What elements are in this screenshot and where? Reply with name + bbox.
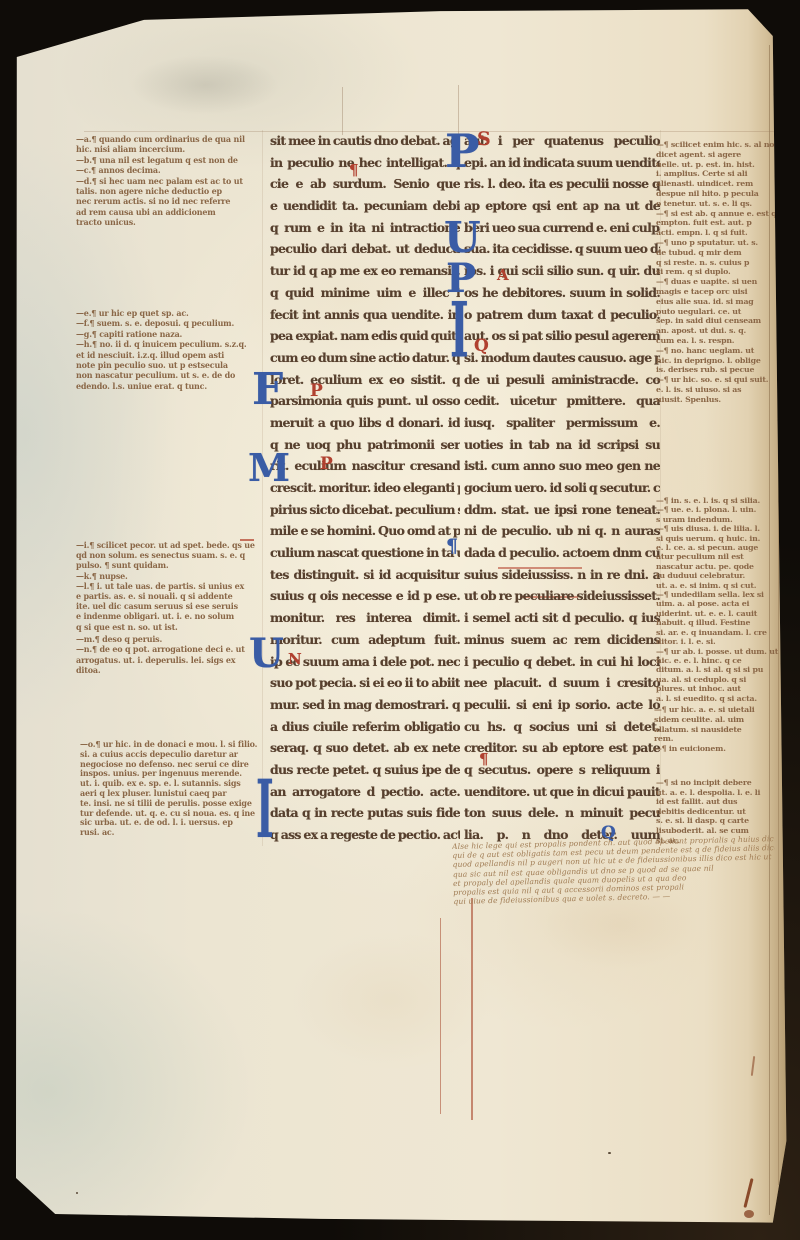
text-line: habuit. q illud. Festine — [656, 618, 774, 627]
text-line: qd non solum. es senectus suam. s. e. q — [76, 550, 246, 560]
text-line: tu duduui celebratur. — [656, 571, 774, 580]
text-line: pea expiat. nam edis quid quite — [270, 325, 460, 347]
text-line: loret. eculium ex eo sistit. q — [270, 369, 460, 391]
illuminated-initial-blue: I — [256, 770, 274, 850]
text-line: q ne uoq phu patrimonii ser — [270, 434, 460, 456]
text-line: seraq. q suo detet. ab ex nete — [270, 737, 460, 759]
text-line: uiderint. ut. e. e. l. cauit — [656, 609, 774, 618]
illuminated-initial-red: P — [320, 456, 333, 473]
text-line: —l.¶ i. ut tale uas. de partis. si unius… — [76, 581, 246, 591]
illuminated-initial-blue: U — [249, 634, 284, 674]
text-line: moritur. cum adeptum fuit. — [270, 629, 460, 651]
text-line: in peculio ne hec intelligat. q — [270, 152, 460, 174]
text-line: cum eo dum sine actio datur. q — [270, 347, 460, 369]
manuscript-photo: —a.¶ quando cum ordinarius de qua nilhic… — [0, 0, 800, 1240]
text-line: tur id q ap me ex eo remansit. — [270, 260, 460, 282]
text-line: sua. ita cecidisse. q suum ueo dans — [464, 238, 660, 260]
text-line: pirius sicto dicebat. peculium si — [270, 499, 460, 521]
stain — [290, 930, 490, 1070]
text-line: aul. i per quatenus peculio — [464, 130, 660, 152]
text-line: —m.¶ deso q peruis. — [76, 634, 246, 644]
text-line: minus suem ac rem dicidens — [464, 629, 660, 651]
text-line: nee placuit. d suum i cresito — [464, 672, 660, 694]
text-line: dicet agent. si agere — [656, 150, 774, 160]
text-line: puto uegulari. ce. ut — [656, 307, 774, 317]
margin-gloss-right-2: —¶ in. s. e. l. is. q si silia.—¶ ue. e.… — [656, 496, 774, 703]
text-line: si quis uerum. q huic. in. — [656, 534, 774, 543]
text-line: crescit. moritur. ideo eleganti pa — [270, 477, 460, 499]
text-line: —h.¶ no. ii d. q inuicem peculium. s.z.q… — [76, 339, 244, 349]
text-line: non nascatur peculium. ut s. e. de do — [76, 370, 244, 380]
text-line: cu hs. q socius uni si detet. — [464, 716, 660, 738]
paragraph-mark-red: ¶ — [479, 752, 489, 767]
text-line: q si que est n. so. ut ist. — [76, 622, 246, 632]
text-line: mur. sed in mag demostrari. q — [270, 694, 460, 716]
illuminated-initial-red: S — [477, 130, 491, 149]
speck — [0, 1208, 2, 1210]
text-line: de tubud. q mir dem — [656, 248, 774, 258]
text-line: —b.¶ una nil est legatum q est non de — [76, 155, 244, 165]
illuminated-initial-blue: Q — [601, 825, 616, 842]
text-line: e. l. is. si uiuso. si as — [656, 385, 774, 395]
text-line: suo pot pecia. si ei eo ii to abiit — [270, 672, 460, 694]
text-line: i. amplius. Certe si ali — [656, 169, 774, 179]
text-line: si. ar. e. q inuandam. l. cre — [656, 628, 774, 637]
text-line: —¶ uno p sputatur. ut. s. — [656, 238, 774, 248]
text-line: debitis dedicentur. ut — [656, 807, 774, 817]
text-line: rem. — [654, 734, 772, 744]
text-line: ni de peculio. ub ni q. n auras — [464, 520, 660, 542]
text-line: —¶ no. hanc ueglam. ut — [656, 346, 774, 356]
text-line: plures. ut inhoc. aut — [656, 684, 774, 693]
text-line: ut ob re peculiare sideiussisset. — [464, 585, 660, 607]
text-line: ut. a. e. l. despolia. l. e. li — [656, 788, 774, 798]
margin-gloss-left-4: —m.¶ deso q peruis.—n.¶ de eo q pot. arr… — [76, 634, 246, 676]
text-line: —¶ ur hic. so. e. si qui suit. — [656, 375, 774, 385]
text-line: q ass ex a regeste de pectio. actio — [270, 824, 460, 846]
text-line: tes distinguit. si id acquisitur — [270, 564, 460, 586]
text-line: —¶ in. s. e. l. is. q si silia. — [656, 496, 774, 505]
text-line: o tenetur. ut. s. e. li qs. — [656, 199, 774, 209]
ruling-line-vertical — [342, 87, 343, 135]
main-text-column-left: sit mee in cautis dno debat. agein pecul… — [270, 130, 460, 848]
speck — [76, 1192, 78, 1194]
text-line: —k.¶ nupse. — [76, 571, 246, 581]
main-text-column-right: aul. i per quatenus peculioepi. an id in… — [464, 130, 660, 848]
text-line: allatum. si nausidete — [654, 725, 772, 735]
text-line: i semel acti sit d peculio. q ius — [464, 607, 660, 629]
bottom-annotation: Alse hic lege qui est propalis pondent c… — [452, 834, 775, 906]
speck — [608, 1152, 611, 1154]
text-line: s. e. si. li dasp. q carte — [656, 816, 774, 826]
text-line: —n.¶ de eo q pot. arrogatione deci e. ut — [76, 644, 246, 654]
text-line: e partis. as. e. si nouali. q si addente — [76, 591, 246, 601]
text-line: isti. cum anno suo meo gen ne — [464, 455, 660, 477]
text-line: —¶ ur ab. i. posse. ut dum. ut — [656, 647, 774, 656]
text-line: note pin peculio suo. ut p estsecula — [76, 360, 244, 370]
text-line: —¶ ur hic. a. e. si uietali — [654, 705, 772, 715]
text-line: q quid minime uim e illec i — [270, 282, 460, 304]
text-line: cum ea. l. s. respn. — [656, 336, 774, 346]
text-line: empton. fuit est. aut. p — [656, 218, 774, 228]
text-line: tracto unicus. — [76, 217, 244, 227]
text-line: dus recte petet. q suius ipe de — [270, 759, 460, 781]
text-line: rit. eculium nascitur cresand — [270, 455, 460, 477]
text-line: ditor. i. l. e. si. — [656, 637, 774, 646]
text-line: epi. an id indicata suum uendito — [464, 152, 660, 174]
text-line: q rum e in ita ni intractione — [270, 217, 460, 239]
text-line: arrogatus. ut. i. deperulis. lei. sigs e… — [76, 655, 246, 665]
text-line: uim. a. al pose. acta ei — [656, 599, 774, 608]
text-line: peculio dari debat. ut deduca — [270, 238, 460, 260]
text-line: uoties in tab na id scripsi su — [464, 434, 660, 456]
page-edge-line — [778, 130, 779, 1185]
text-line: hic. in deprigno. l. oblige — [656, 356, 774, 366]
margin-gloss-left-5: —o.¶ ur hic. in de donaci e mou. l. si f… — [80, 740, 248, 838]
illuminated-initial-red: N — [288, 652, 302, 667]
text-line: hic. nisi aliam incercium. — [76, 144, 244, 154]
text-line: ips. i qui scii silio sun. q uir. du — [464, 260, 660, 282]
text-line: suius sideiussiss. n in re dni. a — [464, 564, 660, 586]
text-line: ua. al. si ceduplo. q si — [656, 675, 774, 684]
text-line: mile e se homini. Quo omd at pe — [270, 520, 460, 542]
text-line: ris. l. deo. ita es peculii nosse q — [464, 173, 660, 195]
text-line: e. l. ce. a. si pecun. auge — [656, 543, 774, 552]
text-line: os he debitores. suum in solid. — [464, 282, 660, 304]
text-line: sit mee in cautis dno debat. age — [270, 130, 460, 152]
text-line: iusq. spaliter permissum e. — [464, 412, 660, 434]
text-line: si rem. q si duplo. — [656, 267, 774, 277]
text-line: rusi. ac. — [80, 828, 248, 838]
text-line: suius q ois necesse e id p ese. — [270, 585, 460, 607]
text-line: si. modum dautes causuo. age p se — [464, 347, 660, 369]
paragraph-mark-blue: ¶ — [446, 537, 458, 556]
text-line: despue nil hito. p pecula — [656, 189, 774, 199]
text-line: meruit a quo libs d donari. id — [270, 412, 460, 434]
text-line: —c.¶ annos decima. — [76, 165, 244, 175]
text-line: —¶ uis diusa. i. de lilia. l. — [656, 524, 774, 533]
text-line: an arrogatore d pectio. acte. — [270, 781, 460, 803]
text-line: —a.¶ quando cum ordinarius de qua nil — [76, 134, 244, 144]
illuminated-initial-blue: F — [252, 368, 283, 412]
text-line: ap eptore qsi ent ap na ut de — [464, 195, 660, 217]
text-line: uelle. ut. p. est. in. hist. — [656, 160, 774, 170]
text-line: —d.¶ si hec uam nec palam est ac to ut — [76, 176, 244, 186]
text-line: uiusit. Spenlus. — [656, 395, 774, 405]
text-line: gocium uero. id soli q secutur. co — [464, 477, 660, 499]
text-line: uenditore. ut que in dicui pauit — [464, 781, 660, 803]
margin-gloss-left-3: —i.¶ scilicet pecor. ut ad spet. bede. q… — [76, 540, 246, 632]
text-line: et id nesciuit. i.z.q. illud opem asti — [76, 350, 244, 360]
text-line: aut. os si pat silio pesul agerem — [464, 325, 660, 347]
text-line: eius alie sua. id. si mag — [656, 297, 774, 307]
text-line: beri ueo sua currend e. eni culpa — [464, 217, 660, 239]
text-line: de ui pesuli aministracde. co — [464, 369, 660, 391]
text-line: peculii. si eni ip sorio. acte lo — [464, 694, 660, 716]
text-line: ton suus dele. n minuit pecu — [464, 802, 660, 824]
illuminated-initial-blue: I — [450, 294, 469, 370]
text-line: nec rerum actis. si no id nec referre — [76, 196, 244, 206]
text-line: an. apost. ut dui. s. q. — [656, 326, 774, 336]
text-line: parsimonia quis punt. ul osso — [270, 390, 460, 412]
text-line: id est fallit. aut dus — [656, 797, 774, 807]
text-line: sep. in said diui censeam — [656, 316, 774, 326]
red-ruling-line — [440, 918, 441, 1114]
text-line: e uendidit ta. pecuniam debi — [270, 195, 460, 217]
text-line: ditoa. — [76, 665, 246, 675]
illuminated-initial-blue: U — [444, 217, 481, 259]
text-line: ddm. stat. ue ipsi rone teneat. — [464, 499, 660, 521]
text-line: nascatur actu. pe. qode — [656, 562, 774, 571]
text-line: q secutus. opere s reliquum i — [464, 759, 660, 781]
text-line: —¶ in euicionem. — [654, 744, 772, 754]
text-line: cedit. uicetur pmittere. qua — [464, 390, 660, 412]
text-line: —¶ scilicet enim hic. s. al no — [656, 140, 774, 150]
illuminated-initial-blue: M — [248, 449, 290, 487]
text-line: —f.¶ suem. s. e. deposui. q peculium. — [76, 318, 244, 328]
text-line: acti. empn. l. q si fuit. — [656, 228, 774, 238]
text-line: monitur. res interea dimit. — [270, 607, 460, 629]
text-line: creditor. su ab eptore est pate — [464, 737, 660, 759]
stain — [130, 55, 280, 115]
margin-gloss-left-1: —a.¶ quando cum ordinarius de qua nilhic… — [76, 134, 244, 228]
text-line: a dius ciuile referim obligatio — [270, 716, 460, 738]
text-line: ad rem causa ubi an addicionem — [76, 207, 244, 217]
text-line: i peculio q debet. in cui hi loci — [464, 651, 660, 673]
text-line: sidem ceulite. al. uim — [654, 715, 772, 725]
text-line: a. l. si euedito. q si acta. — [656, 694, 774, 703]
text-line: —¶ duas e uapite. si uen — [656, 277, 774, 287]
text-line: ut. a. e. si inim. q si cut. — [656, 581, 774, 590]
text-line: —¶ si est ab. q annue e. est q — [656, 209, 774, 219]
manuscript-page: —a.¶ quando cum ordinarius de qua nilhic… — [0, 0, 800, 1240]
text-line: is. derises rub. si pecue — [656, 365, 774, 375]
text-line: —¶ si no incipit debere — [656, 778, 774, 788]
text-line: s uram indendum. — [656, 515, 774, 524]
text-line: —¶ ue. e. i. plona. l. uin. — [656, 505, 774, 514]
text-line: —¶ undedilam sella. lex si — [656, 590, 774, 599]
text-line: e indenme obligari. ut. i. e. no solum — [76, 611, 246, 621]
red-ruling-line — [471, 898, 473, 1120]
text-line: ditum. a. l. si al. q si si pu — [656, 665, 774, 674]
text-line: q si reste. n. s. cuius p — [656, 258, 774, 268]
text-line: alienasti. uindicet. rem — [656, 179, 774, 189]
illuminated-initial-blue: P — [445, 128, 480, 174]
text-line: o patrem dum taxat d peculio. — [464, 304, 660, 326]
text-line: magis e tacep orc uisi — [656, 287, 774, 297]
text-line: data q in recte putas suis fide — [270, 802, 460, 824]
text-line: ite. uel dic casum seruus si ese seruis — [76, 601, 246, 611]
illuminated-initial-red: P — [310, 383, 323, 400]
margin-gloss-left-2: —e.¶ ur hic ep quet sp. ac.—f.¶ suem. s.… — [76, 308, 244, 391]
text-line: atur peculium nil est — [656, 552, 774, 561]
text-line: —e.¶ ur hic ep quet sp. ac. — [76, 308, 244, 318]
text-line: edendo. l.s. uniue erat. q tunc. — [76, 381, 244, 391]
text-line: fecit int annis qua uendite. in — [270, 304, 460, 326]
text-line: dada d peculio. actoem dnm cu — [464, 542, 660, 564]
margin-gloss-right-3: —¶ ur hic. a. e. si uietalisidem ceulite… — [654, 705, 772, 754]
text-line: talis. non agere niche deductio ep — [76, 186, 244, 196]
text-line: —g.¶ capiti ratione naza. — [76, 329, 244, 339]
text-line: hic. e. e. l. hinc. q ce — [656, 656, 774, 665]
illuminated-initial-red: A — [497, 268, 509, 283]
text-line: culium nascat questione in ta ue — [270, 542, 460, 564]
illuminated-initial-red: Q — [474, 338, 489, 355]
text-line: cie e ab surdum. Senio que — [270, 173, 460, 195]
text-line: pulso. ¶ sunt quidam. — [76, 560, 246, 570]
paragraph-mark-red: ¶ — [349, 163, 359, 178]
binding-stitch — [744, 1210, 754, 1218]
text-line: —i.¶ scilicet pecor. ut ad spet. bede. q… — [76, 540, 246, 550]
margin-gloss-right-1: —¶ scilicet enim hic. s. al nodicet agen… — [656, 140, 774, 405]
